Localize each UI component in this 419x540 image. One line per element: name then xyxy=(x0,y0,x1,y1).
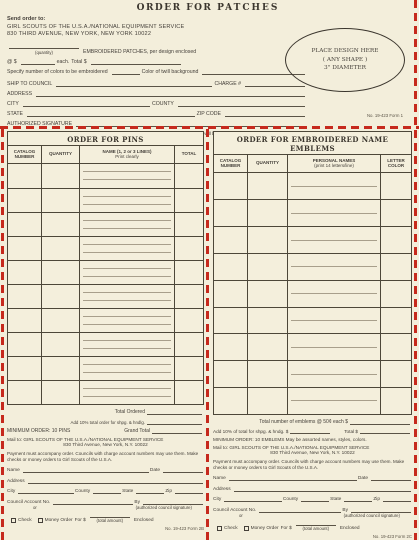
table-row-group[interactable] xyxy=(8,212,203,236)
city-blank[interactable] xyxy=(23,101,150,107)
write-line xyxy=(291,361,377,374)
pins-col-catalog: CATALOG NUMBER xyxy=(8,146,42,163)
write-line xyxy=(83,325,171,332)
qty-cell[interactable] xyxy=(248,200,288,226)
date-label: Date xyxy=(358,476,368,481)
write-line xyxy=(291,241,377,253)
write-line xyxy=(291,254,377,267)
write-line xyxy=(83,229,171,236)
form-number-pins: No. 19-423 Form 2B xyxy=(7,526,204,531)
address-label: ADDRESS xyxy=(7,91,32,97)
zip-label: Zip xyxy=(373,497,380,502)
amount-blank[interactable] xyxy=(90,512,130,518)
pins-col-name: NAME (1, 2 or 3 LINES) Print clearly xyxy=(80,146,175,163)
qty-cell[interactable] xyxy=(248,281,288,307)
emblems-shipping-label: Add 10% of total for shpg. & hndg. $ xyxy=(213,429,288,434)
check-label: Check xyxy=(224,526,238,531)
name-cell[interactable] xyxy=(80,213,175,236)
pins-table: ORDER FOR PINS CATALOG NUMBER QUANTITY N… xyxy=(7,131,204,405)
council-account-blank[interactable] xyxy=(53,499,133,505)
name-blank[interactable] xyxy=(23,467,149,473)
tot-cell[interactable] xyxy=(175,333,203,356)
name-cell[interactable] xyxy=(288,173,381,200)
quantity-field-stack: (quantity) xyxy=(7,43,81,55)
cat-cell[interactable] xyxy=(8,309,42,332)
name-cell[interactable] xyxy=(288,281,381,307)
name-blank[interactable] xyxy=(229,475,357,481)
money-order-label: Money Order xyxy=(251,526,279,531)
county-label: County xyxy=(75,489,90,494)
colors-count-blank[interactable] xyxy=(112,69,140,75)
qty-cell[interactable] xyxy=(248,308,288,334)
tot-cell[interactable] xyxy=(175,164,203,188)
write-line xyxy=(291,281,377,294)
qty-cell[interactable] xyxy=(42,357,80,380)
patches-title: ORDER FOR PATCHES xyxy=(7,3,409,13)
pins-table-body xyxy=(8,164,203,404)
date-blank[interactable] xyxy=(163,467,203,473)
charge-number-blank[interactable] xyxy=(245,81,305,87)
qty-cell[interactable] xyxy=(42,333,80,356)
write-line xyxy=(83,373,171,380)
council-account-label: Council Account No. xyxy=(7,500,50,505)
name-cell[interactable] xyxy=(80,381,175,404)
tot-cell[interactable] xyxy=(175,237,203,260)
qty-cell[interactable] xyxy=(248,334,288,360)
emblems-total2-label: Total $ xyxy=(344,429,358,434)
by-label: By xyxy=(342,508,348,513)
emblems-total2-blank[interactable] xyxy=(360,428,410,434)
money-order-label: Money Order xyxy=(45,518,73,523)
tot-cell[interactable] xyxy=(175,381,203,404)
patches-title-prefix: ORDER FOR xyxy=(137,3,213,13)
cut-line-right xyxy=(414,0,417,540)
total-ordered-label: Total Ordered xyxy=(115,409,145,415)
name-cell[interactable] xyxy=(80,237,175,260)
tot-cell[interactable] xyxy=(381,227,411,253)
emblems-total-label: Total number of emblems @ 50¢ each $ xyxy=(259,419,348,425)
emblems-total-blank[interactable] xyxy=(350,419,410,425)
write-line xyxy=(291,214,377,226)
emblems-section: ORDER FOR EMBROIDERED NAME EMBLEMS CATAL… xyxy=(213,131,412,539)
signature-caption: (authorized council signature) xyxy=(136,505,192,510)
write-line xyxy=(83,237,171,245)
zip-blank[interactable] xyxy=(383,496,411,502)
qty-cell[interactable] xyxy=(42,237,80,260)
pins-title: ORDER FOR PINS xyxy=(8,132,203,146)
name-cell[interactable] xyxy=(288,200,381,226)
tot-cell[interactable] xyxy=(381,361,411,387)
name-cell[interactable] xyxy=(288,334,381,360)
write-line xyxy=(291,267,377,279)
zip-blank[interactable] xyxy=(225,111,305,117)
write-line xyxy=(83,397,171,404)
write-line xyxy=(83,172,171,180)
send-order-to-label: Send order to: xyxy=(7,16,409,22)
scanned-order-form: ORDER FOR PATCHES Send order to: GIRL SC… xyxy=(0,0,419,540)
council-account-blank[interactable] xyxy=(259,507,341,513)
quantity-caption: (quantity) xyxy=(35,50,53,55)
for-amount-label: For $ xyxy=(281,526,292,531)
cat-cell[interactable] xyxy=(214,308,248,334)
or-label: or xyxy=(33,505,37,510)
for-amount-label: For $ xyxy=(75,518,86,523)
table-row-group[interactable] xyxy=(214,360,411,387)
table-row-group[interactable] xyxy=(8,236,203,260)
address-blank[interactable] xyxy=(36,91,305,97)
cat-cell[interactable] xyxy=(214,281,248,307)
write-line xyxy=(291,227,377,240)
grand-total-label: Grand Total xyxy=(124,428,150,434)
cat-cell[interactable] xyxy=(8,285,42,308)
emblems-col-quantity: QUANTITY xyxy=(248,155,288,172)
pins-minimum-label: MINIMUM ORDER: 10 PINS xyxy=(7,428,70,434)
county-blank[interactable] xyxy=(93,488,121,494)
emblems-col-names: PERSONAL NAMES (print 14 letters/line) xyxy=(288,155,381,172)
emblems-table-header: CATALOG NUMBER QUANTITY PERSONAL NAMES (… xyxy=(214,155,411,173)
write-line xyxy=(291,200,377,213)
oval-line1: PLACE DESIGN HERE xyxy=(311,47,378,56)
table-row-group[interactable] xyxy=(8,380,203,404)
pins-payment-note: Payment must accompany order. Councils w… xyxy=(7,451,204,463)
pins-mail-to-line2: 830 Third Avenue, New York, N.Y. 10022 xyxy=(7,442,204,447)
table-row-group[interactable] xyxy=(214,253,411,280)
write-line xyxy=(83,333,171,341)
by-blank[interactable] xyxy=(143,499,203,505)
amount-blank[interactable] xyxy=(296,520,336,526)
county-label: County xyxy=(283,497,298,502)
qty-cell[interactable] xyxy=(248,388,288,414)
tot-cell[interactable] xyxy=(381,281,411,307)
table-row-group[interactable] xyxy=(214,387,411,414)
write-line xyxy=(83,357,171,365)
tot-cell[interactable] xyxy=(381,388,411,414)
colors-count-label: Specify number of colors to be embroider… xyxy=(7,69,108,75)
write-line xyxy=(83,309,171,317)
name-cell[interactable] xyxy=(288,361,381,387)
zip-blank[interactable] xyxy=(175,488,203,494)
emblems-title: ORDER FOR EMBROIDERED NAME EMBLEMS xyxy=(214,132,411,155)
patches-line-label: EMBROIDERED PATCHES, per design enclosed xyxy=(83,49,196,55)
table-row-group[interactable] xyxy=(214,173,411,200)
emblems-table-body xyxy=(214,173,411,414)
write-line xyxy=(83,164,171,172)
or-label: or xyxy=(239,513,243,518)
write-line xyxy=(83,180,171,187)
design-placement-oval: PLACE DESIGN HERE ( ANY SHAPE ) 3" DIAME… xyxy=(285,28,405,92)
write-line xyxy=(83,301,171,308)
patches-title-word: PATCHES xyxy=(217,3,279,13)
emblems-title-word: EMBROIDERED NAME EMBLEMS xyxy=(290,135,388,153)
signature-caption: (authorized council signature) xyxy=(344,513,400,518)
write-line xyxy=(83,205,171,212)
cat-cell[interactable] xyxy=(8,261,42,284)
tot-cell[interactable] xyxy=(381,334,411,360)
emblems-minimum-label: MINIMUM ORDER: 10 EMBLEMS May be assorte… xyxy=(213,437,412,442)
cut-line-middle xyxy=(206,129,209,540)
cat-cell[interactable] xyxy=(214,173,248,200)
qty-cell[interactable] xyxy=(42,381,80,404)
tot-cell[interactable] xyxy=(381,200,411,226)
name-cell[interactable] xyxy=(80,333,175,356)
address-blank[interactable] xyxy=(28,478,203,484)
table-row-group[interactable] xyxy=(214,333,411,360)
cat-cell[interactable] xyxy=(214,254,248,280)
county-blank[interactable] xyxy=(178,101,305,107)
form-number-emblems: No. 19-423 Form 2C xyxy=(213,534,412,539)
table-row-group[interactable] xyxy=(8,308,203,332)
twill-color-label: Color of twill background xyxy=(142,69,199,75)
write-line xyxy=(83,197,171,205)
tot-cell[interactable] xyxy=(381,308,411,334)
write-line xyxy=(83,317,171,325)
table-row-group[interactable] xyxy=(8,332,203,356)
state-label: State xyxy=(330,497,341,502)
write-line xyxy=(83,213,171,221)
write-line xyxy=(291,187,377,200)
check-checkbox[interactable] xyxy=(11,518,16,523)
grand-total-blank[interactable] xyxy=(152,428,202,434)
state-blank[interactable] xyxy=(136,488,164,494)
qty-cell[interactable] xyxy=(248,361,288,387)
tot-cell[interactable] xyxy=(381,254,411,280)
county-label: COUNTY xyxy=(152,101,174,107)
cat-cell[interactable] xyxy=(8,237,42,260)
pins-shipping-blank[interactable] xyxy=(147,419,202,425)
pins-shipping-label: Add 10% total order for shpg. & hndlg. xyxy=(71,420,145,425)
by-blank[interactable] xyxy=(351,507,411,513)
ship-to-council-blank[interactable] xyxy=(56,81,212,87)
write-line xyxy=(83,221,171,229)
cat-cell[interactable] xyxy=(214,334,248,360)
table-row-group[interactable] xyxy=(8,356,203,380)
money-order-checkbox[interactable] xyxy=(244,526,249,531)
cat-cell[interactable] xyxy=(8,357,42,380)
write-line xyxy=(83,245,171,253)
cat-cell[interactable] xyxy=(8,381,42,404)
tot-cell[interactable] xyxy=(175,189,203,212)
write-line xyxy=(291,321,377,333)
table-row-group[interactable] xyxy=(214,280,411,307)
write-line xyxy=(83,381,171,389)
table-row-group[interactable] xyxy=(214,199,411,226)
tot-cell[interactable] xyxy=(175,357,203,380)
write-line xyxy=(291,388,377,401)
name-cell[interactable] xyxy=(288,254,381,280)
write-line xyxy=(83,253,171,260)
qty-cell[interactable] xyxy=(42,164,80,188)
tot-cell[interactable] xyxy=(175,285,203,308)
write-line xyxy=(83,277,171,284)
cut-line-horizontal xyxy=(0,126,419,129)
name-cell[interactable] xyxy=(288,308,381,334)
write-line xyxy=(291,308,377,321)
write-line xyxy=(83,293,171,301)
write-line xyxy=(83,365,171,373)
tot-cell[interactable] xyxy=(381,173,411,200)
zip-label: ZIP CODE xyxy=(197,111,221,117)
table-row-group[interactable] xyxy=(8,284,203,308)
emblems-payment-note: Payment must accompany order. Councils w… xyxy=(213,459,412,471)
qty-cell[interactable] xyxy=(42,309,80,332)
cat-cell[interactable] xyxy=(214,361,248,387)
cat-cell[interactable] xyxy=(214,227,248,253)
write-line xyxy=(83,285,171,293)
pins-table-header: CATALOG NUMBER QUANTITY NAME (1, 2 or 3 … xyxy=(8,146,203,164)
address-blank[interactable] xyxy=(234,486,411,492)
charge-number-label: CHARGE # xyxy=(214,81,241,87)
qty-cell[interactable] xyxy=(42,285,80,308)
table-row-group[interactable] xyxy=(214,307,411,334)
form-number-top: No. 19-423 Form 1 xyxy=(367,113,403,118)
ship-to-council-label: SHIP TO COUNCIL xyxy=(7,81,52,87)
state-label: State xyxy=(122,489,133,494)
check-label: Check xyxy=(18,518,32,523)
name-cell[interactable] xyxy=(80,357,175,380)
check-checkbox[interactable] xyxy=(217,526,222,531)
enclosed-label: Enclosed xyxy=(340,526,360,531)
qty-cell[interactable] xyxy=(248,227,288,253)
money-order-checkbox[interactable] xyxy=(38,518,43,523)
at-price-label: @ $ xyxy=(7,59,17,65)
city-label: City xyxy=(213,497,221,502)
name-label: Name xyxy=(7,468,20,473)
address-label: Address xyxy=(213,487,231,492)
total-label: Total $ xyxy=(71,59,86,65)
zip-label: Zip xyxy=(165,489,172,494)
write-line xyxy=(83,389,171,397)
table-row-group[interactable] xyxy=(214,226,411,253)
emblems-col-catalog: CATALOG NUMBER xyxy=(214,155,248,172)
tot-cell[interactable] xyxy=(175,261,203,284)
name-cell[interactable] xyxy=(80,309,175,332)
state-blank[interactable] xyxy=(344,496,372,502)
name-cell[interactable] xyxy=(80,261,175,284)
name-label: Name xyxy=(213,476,226,481)
qty-cell[interactable] xyxy=(42,213,80,236)
cat-cell[interactable] xyxy=(8,189,42,212)
write-line xyxy=(291,348,377,360)
table-row-group[interactable] xyxy=(8,164,203,188)
write-line xyxy=(83,189,171,197)
qty-cell[interactable] xyxy=(42,261,80,284)
name-cell[interactable] xyxy=(80,285,175,308)
cut-line-left xyxy=(1,129,4,540)
each-label: each. xyxy=(57,59,70,65)
emblems-mail-to-line2: 830 Third Avenue, New York, N.Y. 10022 xyxy=(213,450,412,455)
city-label: CITY xyxy=(7,101,19,107)
total-amount-caption: (total amount) xyxy=(97,518,124,523)
write-line xyxy=(83,341,171,349)
write-line xyxy=(291,334,377,347)
emblems-table: ORDER FOR EMBROIDERED NAME EMBLEMS CATAL… xyxy=(213,131,412,415)
date-label: Date xyxy=(150,468,160,473)
write-line xyxy=(83,349,171,356)
write-line xyxy=(83,269,171,277)
state-label: STATE xyxy=(7,111,23,117)
price-blank[interactable] xyxy=(21,59,55,65)
qty-cell[interactable] xyxy=(248,173,288,200)
state-blank[interactable] xyxy=(27,111,195,117)
cat-cell[interactable] xyxy=(8,333,42,356)
total-ordered-blank[interactable] xyxy=(147,409,202,415)
pins-title-prefix: ORDER FOR xyxy=(67,135,119,144)
pins-section: ORDER FOR PINS CATALOG NUMBER QUANTITY N… xyxy=(7,131,204,531)
city-blank[interactable] xyxy=(224,496,282,502)
enclosed-label: Enclosed xyxy=(134,518,154,523)
write-line xyxy=(83,261,171,269)
oval-line2: ( ANY SHAPE ) xyxy=(323,56,367,65)
emblems-col-letter-color: LETTER COLOR xyxy=(381,155,411,172)
patches-section: ORDER FOR PATCHES Send order to: GIRL SC… xyxy=(7,3,409,143)
emblems-title-prefix: ORDER FOR xyxy=(237,135,289,144)
county-blank[interactable] xyxy=(301,496,329,502)
date-blank[interactable] xyxy=(371,475,411,481)
name-cell[interactable] xyxy=(288,388,381,414)
quantity-blank[interactable] xyxy=(9,43,79,49)
name-cell[interactable] xyxy=(288,227,381,253)
write-line xyxy=(291,294,377,306)
by-label: By xyxy=(134,500,140,505)
tot-cell[interactable] xyxy=(175,309,203,332)
name-cell[interactable] xyxy=(80,189,175,212)
pins-col-total: TOTAL xyxy=(175,146,203,163)
write-line xyxy=(291,173,377,187)
write-line xyxy=(291,401,377,413)
name-cell[interactable] xyxy=(80,164,175,188)
total-blank[interactable] xyxy=(91,59,181,65)
qty-cell[interactable] xyxy=(42,189,80,212)
pins-col-quantity: QUANTITY xyxy=(42,146,80,163)
table-row-group[interactable] xyxy=(8,260,203,284)
city-blank[interactable] xyxy=(18,488,74,494)
council-account-label: Council Account No. xyxy=(213,508,256,513)
amount-field-stack: (total amount) xyxy=(294,520,338,532)
total-amount-caption: (total amount) xyxy=(303,526,330,531)
write-line xyxy=(291,375,377,387)
cat-cell[interactable] xyxy=(8,164,42,188)
table-row-group[interactable] xyxy=(8,188,203,212)
pins-title-word: PINS xyxy=(122,135,144,144)
amount-field-stack: (total amount) xyxy=(88,512,132,524)
oval-line3: 3" DIAMETER xyxy=(324,64,366,73)
cat-cell[interactable] xyxy=(214,388,248,414)
cat-cell[interactable] xyxy=(8,213,42,236)
cat-cell[interactable] xyxy=(214,200,248,226)
address-label: Address xyxy=(7,479,25,484)
city-label: City xyxy=(7,489,15,494)
emblems-shipping-blank[interactable] xyxy=(290,428,330,434)
qty-cell[interactable] xyxy=(248,254,288,280)
tot-cell[interactable] xyxy=(175,213,203,236)
